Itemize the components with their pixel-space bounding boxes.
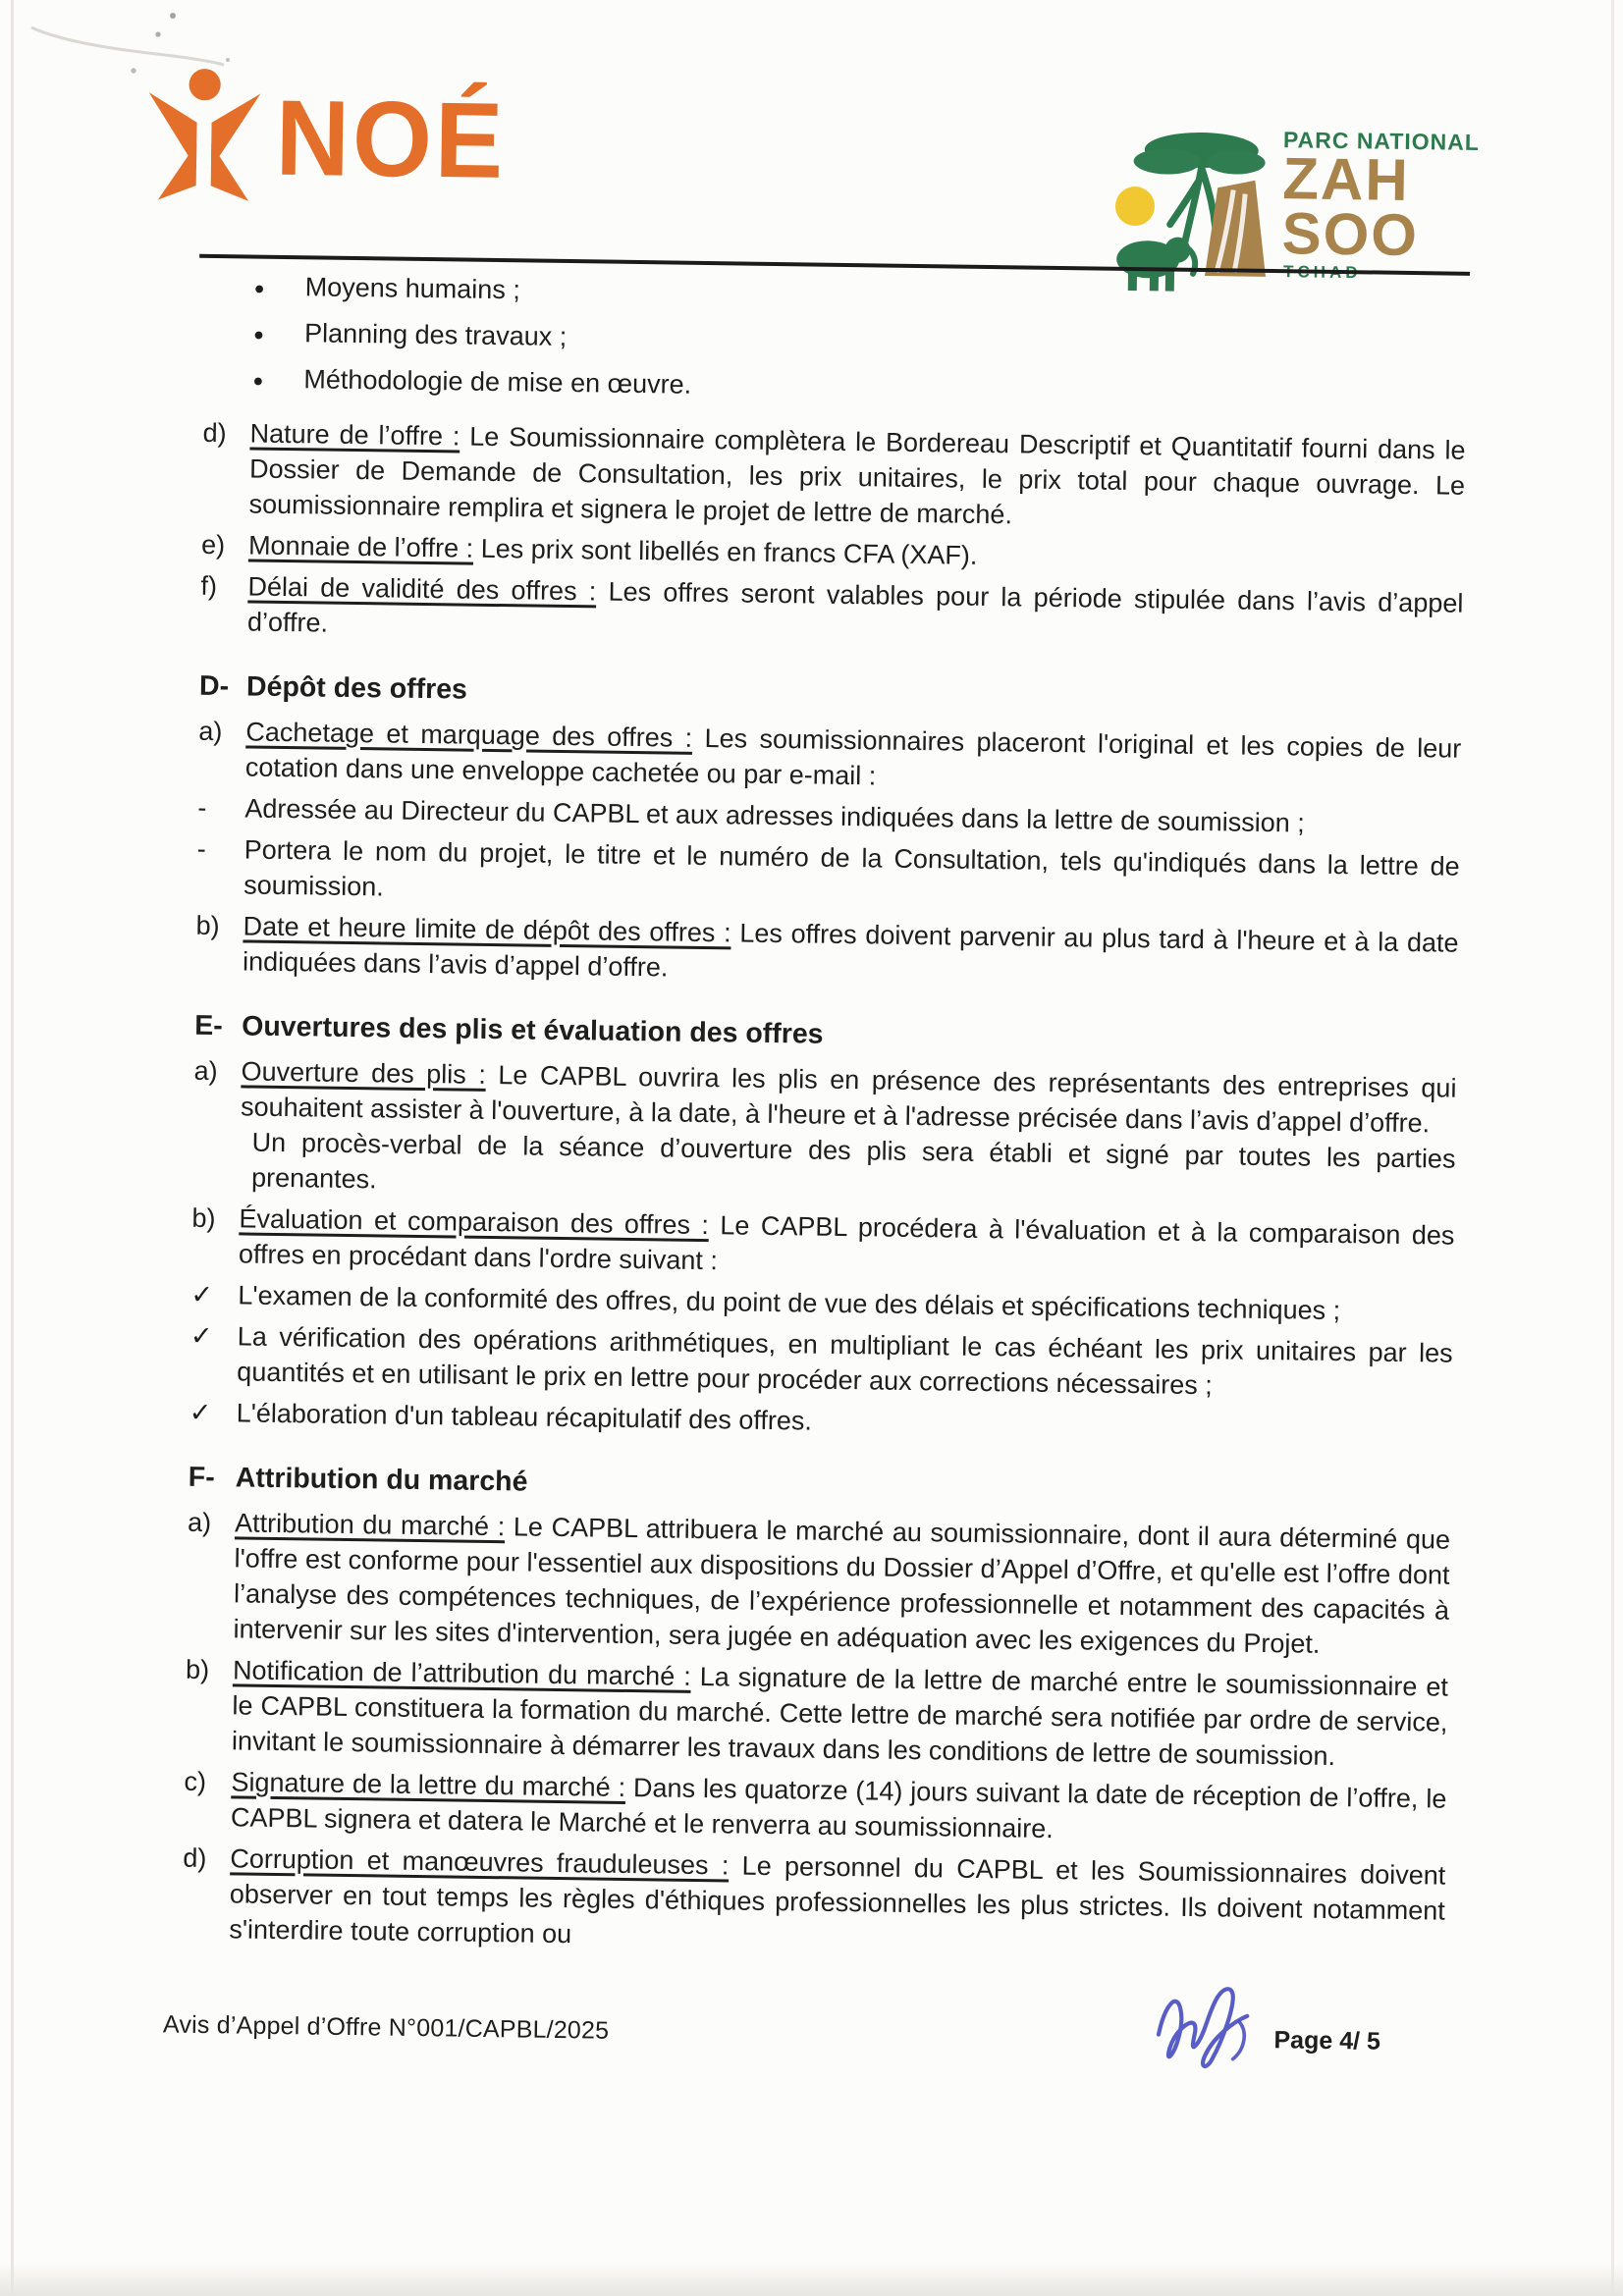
item-marker: b) — [185, 1652, 234, 1759]
item-marker: b) — [195, 908, 243, 980]
check-icon: ✓ — [189, 1318, 238, 1390]
item-lead: Attribution du marché : — [235, 1508, 506, 1541]
dash-icon: - — [197, 790, 244, 827]
bullet-text: Planning des travaux ; — [304, 315, 568, 356]
item-lead: Évaluation et comparaison des offres : — [239, 1203, 709, 1240]
scan-edge-bottom — [0, 2263, 1623, 2296]
item-marker: d) — [182, 1841, 231, 1948]
item-lead: Notification de l’attribution du marché … — [233, 1655, 691, 1691]
noe-butterfly-icon — [145, 67, 263, 208]
item-marker: a) — [192, 1053, 242, 1196]
item-marker: a) — [198, 714, 246, 785]
scan-edge-right — [1611, 0, 1614, 2296]
list-item-f-a: a) Attribution du marché : Le CAPBL attr… — [186, 1505, 1450, 1664]
list-item-f-d: d) Corruption et manœuvres frauduleuses … — [182, 1841, 1445, 1964]
list-item-f: f) Délai de validité des offres : Les of… — [200, 568, 1464, 657]
item-lead: Monnaie de l’offre : — [248, 530, 474, 562]
section-marker: E- — [194, 1008, 242, 1044]
section-d-heading: D- Dépôt des offres — [199, 668, 1462, 721]
item-text: Cachetage et marquage des offres : Les s… — [245, 714, 1462, 801]
section-title: Dépôt des offres — [246, 668, 467, 707]
item-text: Portera le nom du projet, le titre et le… — [243, 831, 1460, 919]
item-text: Date et heure limite de dépôt des offres… — [243, 908, 1459, 995]
item-lead: Nature de l’offre : — [249, 419, 460, 452]
list-item: ● Méthodologie de mise en œuvre. — [252, 361, 1466, 415]
item-lead: Délai de validité des offres : — [247, 571, 596, 606]
check-icon: ✓ — [189, 1395, 236, 1431]
item-marker: f) — [200, 568, 248, 640]
item-text: Attribution du marché : Le CAPBL attribu… — [233, 1505, 1450, 1663]
item-marker: d) — [201, 415, 250, 522]
document-body: ● Moyens humains ; ● Planning des travau… — [121, 57, 1485, 1964]
scan-edge-left — [11, 0, 14, 2296]
item-lead: Cachetage et marquage des offres : — [245, 717, 692, 752]
section-title: Attribution du marché — [236, 1460, 528, 1499]
document-reference: Avis d’Appel d’Offre N°001/CAPBL/2025 — [163, 2010, 610, 2045]
noe-logo-text: NOÉ — [275, 84, 507, 194]
bullet-text: Méthodologie de mise en œuvre. — [303, 361, 691, 404]
page-footer: Avis d’Appel d’Offre N°001/CAPBL/2025 Pa… — [120, 2010, 1457, 2057]
item-marker: e) — [201, 527, 248, 563]
item-body: Les prix sont libellés en francs CFA (XA… — [481, 534, 978, 570]
item-text: Notification de l’attribution du marché … — [232, 1652, 1448, 1775]
bullet-icon: ● — [253, 269, 305, 307]
list-item: ● Planning des travaux ; — [253, 315, 1467, 369]
item-marker: a) — [186, 1505, 235, 1647]
item-text: Évaluation et comparaison des offres : L… — [239, 1201, 1455, 1288]
check-item: ✓ La vérification des opérations arithmé… — [189, 1318, 1453, 1407]
item-text: Ouverture des plis : Le CAPBL ouvrira le… — [240, 1053, 1457, 1211]
item-text: Signature de la lettre du marché : Dans … — [231, 1764, 1447, 1851]
dash-icon: - — [196, 831, 244, 903]
item-marker: b) — [191, 1201, 240, 1272]
list-item-d: d) Nature de l’offre : Le Soumissionnair… — [201, 415, 1465, 539]
list-item-f-c: c) Signature de la lettre du marché : Da… — [184, 1764, 1447, 1852]
item-text: Corruption et manœuvres frauduleuses : L… — [229, 1841, 1445, 1963]
document-content: NOÉ PARC NATIONAL ZAH — [120, 57, 1485, 2057]
soo-label: SOO — [1281, 206, 1479, 263]
item-lead: Ouverture des plis : — [241, 1056, 486, 1089]
bullet-icon: ● — [253, 315, 305, 353]
list-item-e-a: a) Ouverture des plis : Le CAPBL ouvrira… — [192, 1053, 1457, 1212]
item-lead: Signature de la lettre du marché : — [231, 1767, 625, 1802]
zah-soo-wordmark: PARC NATIONAL ZAH SOO TCHAD — [1281, 129, 1480, 282]
item-text: La vérification des opérations arithméti… — [237, 1318, 1453, 1406]
list-item-d-a: a) Cachetage et marquage des offres : Le… — [198, 714, 1462, 802]
section-title: Ouvertures des plis et évaluation des of… — [242, 1008, 824, 1051]
list-item-e-b: b) Évaluation et comparaison des offres … — [191, 1201, 1455, 1289]
item-paragraph: Un procès-verbal de la séance d’ouvertur… — [251, 1125, 1456, 1212]
check-icon: ✓ — [190, 1277, 238, 1313]
section-f-heading: F- Attribution du marché — [189, 1460, 1451, 1513]
page-number: Page 4/ 5 — [1273, 2026, 1380, 2056]
section-e-heading: E- Ouvertures des plis et évaluation des… — [194, 1008, 1457, 1061]
bullet-text: Moyens humains ; — [304, 269, 520, 309]
signature-scribble — [1146, 1963, 1266, 2075]
section-marker: F- — [189, 1460, 236, 1496]
section-marker: D- — [199, 668, 246, 705]
item-text: Délai de validité des offres : Les offre… — [247, 568, 1464, 656]
scanned-document-page: NOÉ PARC NATIONAL ZAH — [0, 0, 1623, 2296]
list-item-d-b: b) Date et heure limite de dépôt des off… — [195, 908, 1459, 996]
item-lead: Corruption et manœuvres frauduleuses : — [230, 1843, 729, 1880]
list-item-f-b: b) Notification de l’attribution du marc… — [185, 1652, 1448, 1776]
bullet-icon: ● — [252, 361, 304, 400]
noe-logo: NOÉ — [145, 67, 507, 211]
item-marker: c) — [184, 1764, 232, 1836]
item-lead: Date et heure limite de dépôt des offres… — [243, 911, 730, 947]
dash-item: - Portera le nom du projet, le titre et … — [196, 831, 1460, 920]
item-text: Nature de l’offre : Le Soumissionnaire c… — [248, 416, 1465, 539]
